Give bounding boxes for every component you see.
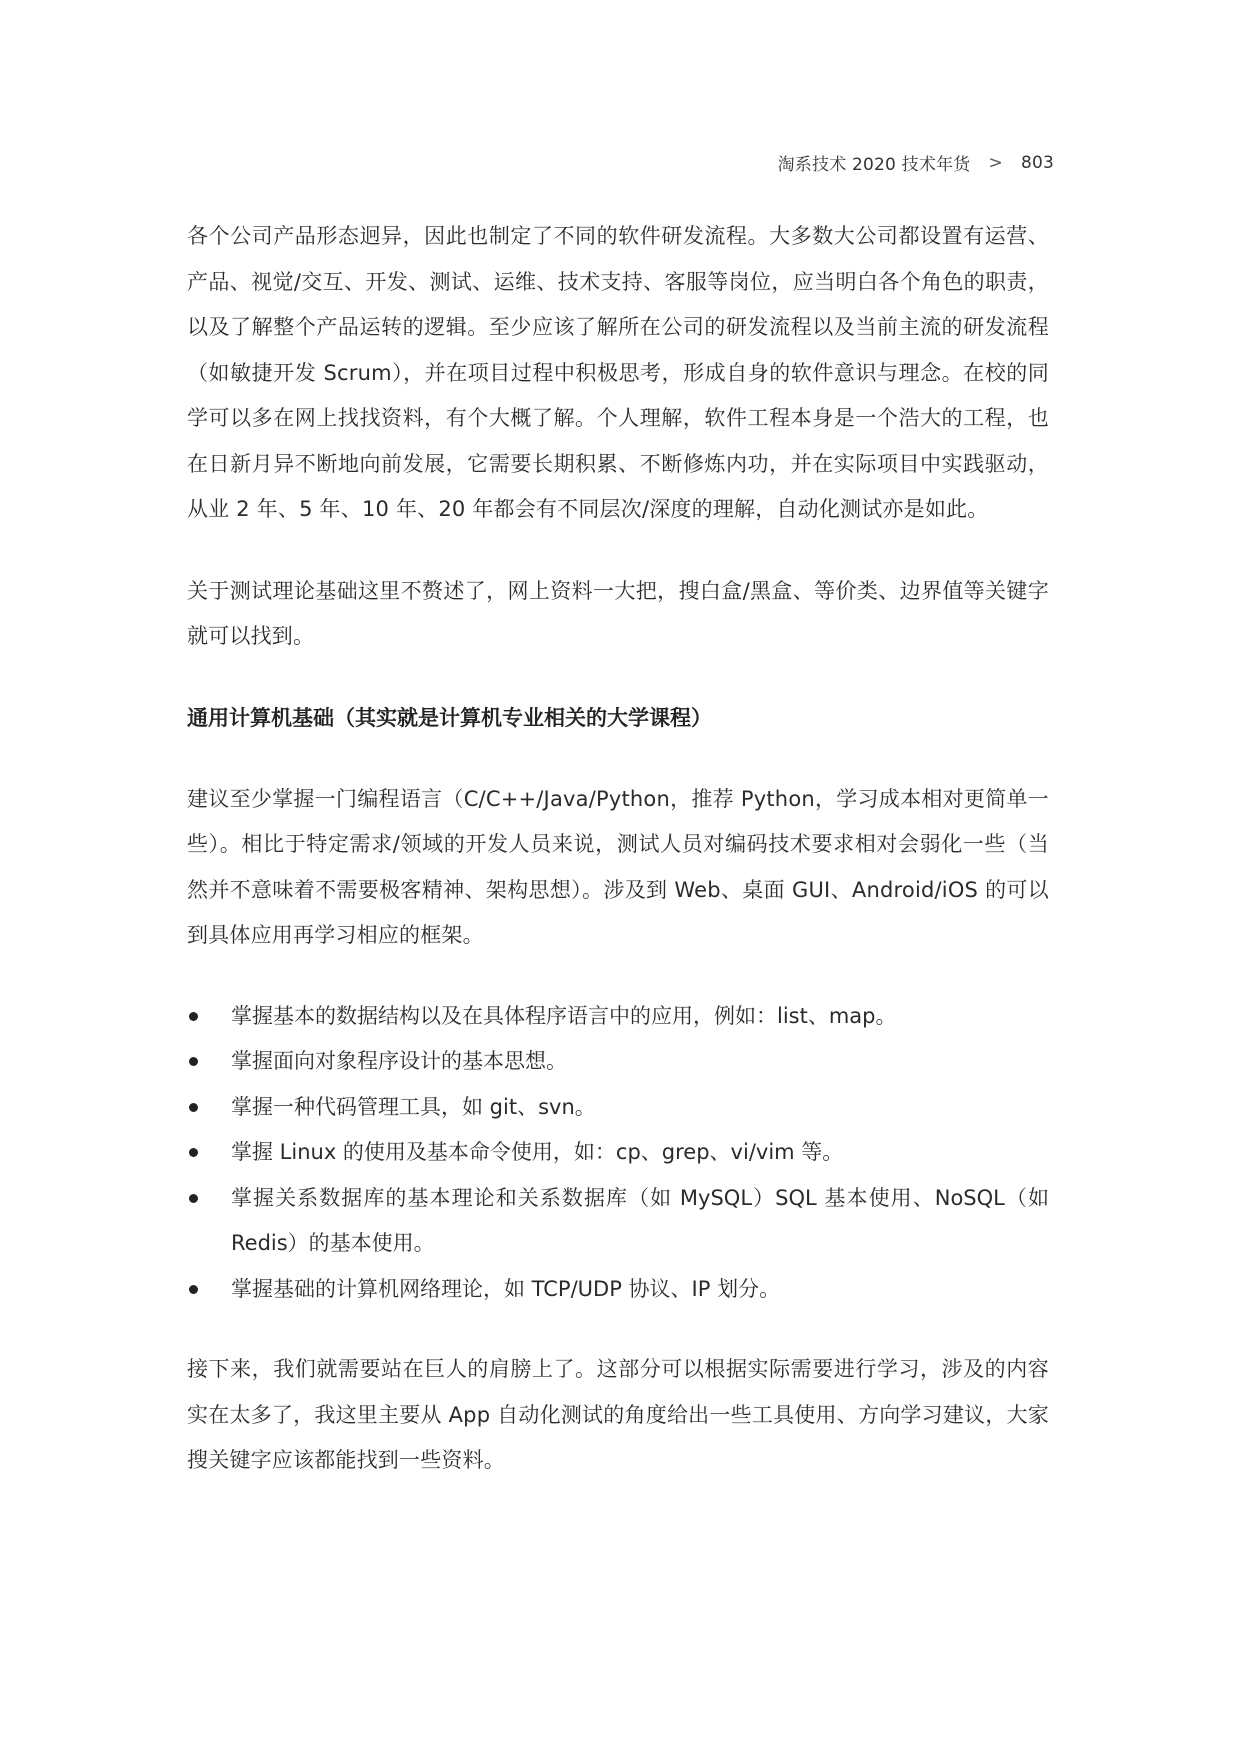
spacer: [187, 959, 1049, 994]
bullet-icon: [189, 1012, 198, 1021]
spacer: [187, 533, 1049, 569]
bullet-icon: [189, 1194, 198, 1203]
paragraph-programming-language: 建议至少掌握一门编程语言（C/C++/Java/Python，推荐 Python…: [187, 777, 1049, 959]
header-separator: >: [988, 153, 1002, 173]
list-item-text: 掌握 Linux 的使用及基本命令使用，如：cp、grep、vi/vim 等。: [231, 1140, 843, 1164]
spacer: [187, 660, 1049, 696]
skills-list: 掌握基本的数据结构以及在具体程序语言中的应用，例如：list、map。 掌握面向…: [187, 994, 1049, 1313]
list-item: 掌握面向对象程序设计的基本思想。: [187, 1039, 1049, 1085]
list-item: 掌握 Linux 的使用及基本命令使用，如：cp、grep、vi/vim 等。: [187, 1130, 1049, 1176]
list-item: 掌握关系数据库的基本理论和关系数据库（如 MySQL）SQL 基本使用、NoSQ…: [187, 1176, 1049, 1267]
list-item: 掌握基础的计算机网络理论，如 TCP/UDP 协议、IP 划分。: [187, 1267, 1049, 1313]
spacer: [187, 741, 1049, 777]
bullet-icon: [189, 1148, 198, 1157]
paragraph-next-steps: 接下来，我们就需要站在巨人的肩膀上了。这部分可以根据实际需要进行学习，涉及的内容…: [187, 1347, 1049, 1484]
section-heading: 通用计算机基础（其实就是计算机专业相关的大学课程）: [187, 696, 1049, 741]
list-item-text: 掌握面向对象程序设计的基本思想。: [231, 1049, 567, 1073]
page-content: 各个公司产品形态迥异，因此也制定了不同的软件研发流程。大多数大公司都设置有运营、…: [187, 214, 1049, 1484]
paragraph-dev-process: 各个公司产品形态迥异，因此也制定了不同的软件研发流程。大多数大公司都设置有运营、…: [187, 214, 1049, 533]
list-item-text: 掌握一种代码管理工具，如 git、svn。: [231, 1095, 596, 1119]
bullet-icon: [189, 1103, 198, 1112]
list-item-text: 掌握基本的数据结构以及在具体程序语言中的应用，例如：list、map。: [231, 1004, 897, 1028]
list-item-text: 掌握基础的计算机网络理论，如 TCP/UDP 协议、IP 划分。: [231, 1277, 780, 1301]
bullet-icon: [189, 1057, 198, 1066]
page-number: 803: [1021, 153, 1054, 173]
spacer: [187, 1312, 1049, 1347]
page-header: 淘系技术 2020 技术年货 > 803: [778, 150, 1054, 175]
bullet-icon: [189, 1285, 198, 1294]
book-title: 淘系技术 2020 技术年货: [778, 150, 971, 175]
paragraph-testing-theory: 关于测试理论基础这里不赘述了，网上资料一大把，搜白盒/黑盒、等价类、边界值等关键…: [187, 569, 1049, 660]
list-item: 掌握基本的数据结构以及在具体程序语言中的应用，例如：list、map。: [187, 994, 1049, 1040]
list-item: 掌握一种代码管理工具，如 git、svn。: [187, 1085, 1049, 1131]
list-item-text: 掌握关系数据库的基本理论和关系数据库（如 MySQL）SQL 基本使用、NoSQ…: [231, 1186, 1049, 1256]
